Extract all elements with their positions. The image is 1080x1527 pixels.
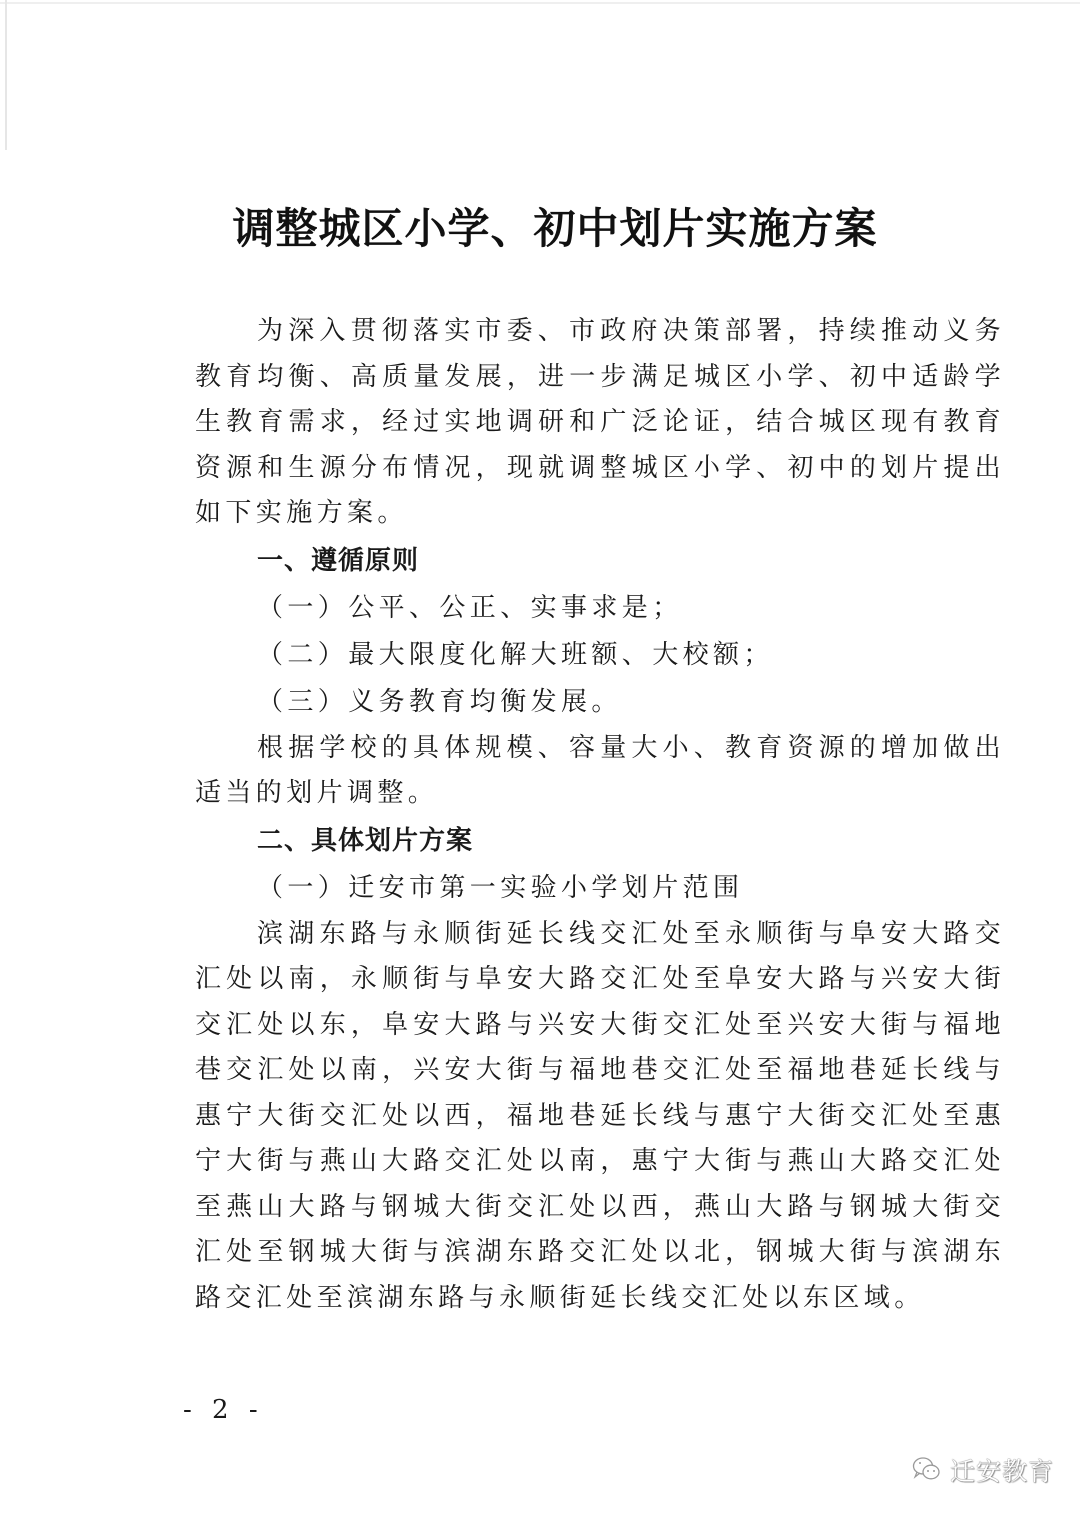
intro-paragraph: 为深入贯彻落实市委、市政府决策部署，持续推动义务教育均衡、高质量发展，进一步满足… <box>195 309 1005 537</box>
principle-item: （一）公平、公正、实事求是； <box>195 585 1005 632</box>
principles-paragraph: 根据学校的具体规模、容量大小、教育资源的增加做出适当的划片调整。 <box>195 726 1005 817</box>
section-heading-principles: 一、遵循原则 <box>195 537 1005 585</box>
plan-subheading: （一）迁安市第一实验小学划片范围 <box>195 865 1005 912</box>
watermark: 迁安教育 <box>912 1452 1054 1488</box>
section-heading-plan: 二、具体划片方案 <box>195 817 1005 865</box>
page-number: - 2 - <box>183 1395 264 1425</box>
principle-item: （三）义务教育均衡发展。 <box>195 679 1005 726</box>
watermark-label: 迁安教育 <box>950 1452 1054 1488</box>
document-body: 为深入贯彻落实市委、市政府决策部署，持续推动义务教育均衡、高质量发展，进一步满足… <box>195 309 1005 1321</box>
wechat-icon <box>912 1456 942 1484</box>
page-edge <box>5 0 7 150</box>
page-edge <box>0 2 1080 4</box>
document-title: 调整城区小学、初中划片实施方案 <box>0 196 1080 256</box>
principle-item: （二）最大限度化解大班额、大校额； <box>195 632 1005 679</box>
plan-paragraph: 滨湖东路与永顺街延长线交汇处至永顺街与阜安大路交汇处以南，永顺街与阜安大路交汇处… <box>195 912 1005 1322</box>
